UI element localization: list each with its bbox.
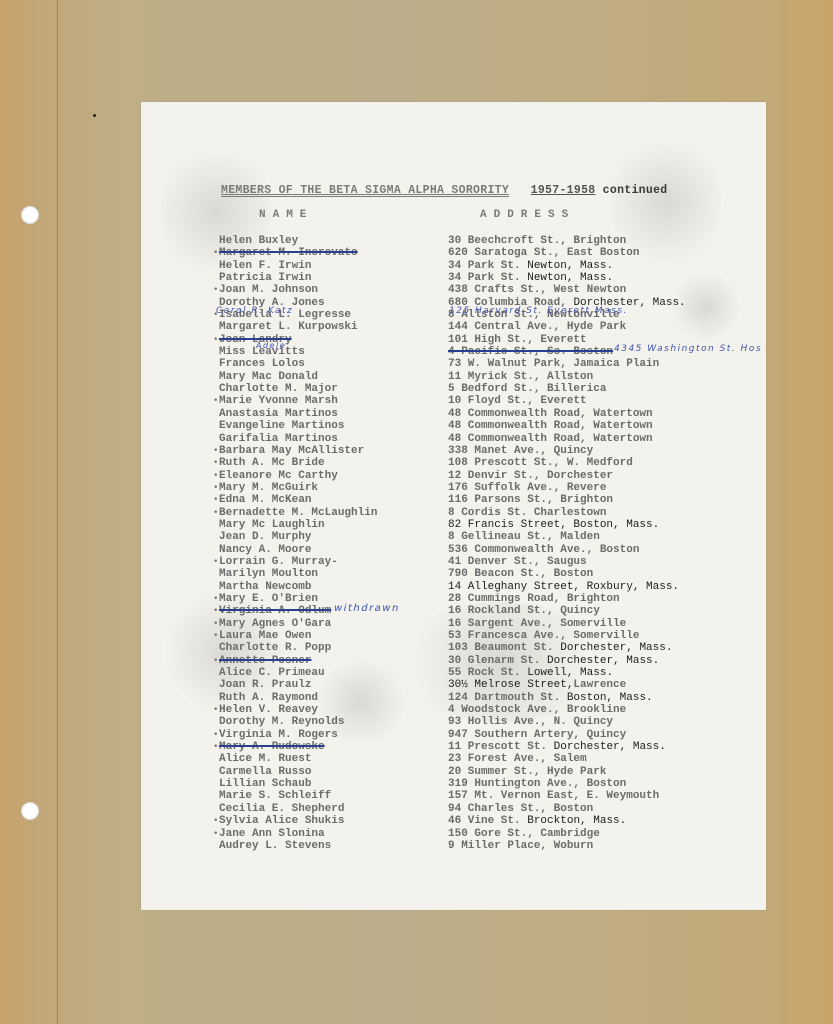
address-typed: Lawrence (573, 679, 626, 691)
member-name: Charlotte M. Major (219, 383, 439, 395)
member-name: Martha Newcomb (219, 581, 439, 593)
bullet-mark-icon: • (213, 729, 218, 741)
member-address: 30½ Melrose Street,Lawrence (448, 679, 626, 691)
bullet-mark-icon: • (213, 618, 218, 630)
address-typed: 116 Parsons St., Brighton (448, 494, 613, 506)
column-header-name: NAME (259, 209, 313, 221)
bullet-mark-icon: • (213, 828, 218, 840)
address-typed: 438 Crafts St., West Newton (448, 284, 626, 296)
bullet-mark-icon: • (213, 704, 218, 716)
handwritten-carol-katz: Carol R. Katz (216, 306, 293, 316)
member-name: Marilyn Moulton (219, 568, 439, 580)
address-typed: 157 Mt. Vernon East, E. Weymouth (448, 790, 659, 802)
bullet-mark-icon: • (213, 494, 218, 506)
member-name: Virginia A. Odlum (219, 605, 439, 617)
member-name: Anastasia Martinos (219, 408, 439, 420)
member-address: 101 High St., Everett (448, 334, 587, 346)
member-name: Barbara May McAllister (219, 445, 439, 457)
handwritten-carol-address: 125 Harvard St. Everett Mass. (449, 306, 628, 316)
member-address: 48 Commonwealth Road, Watertown (448, 408, 653, 420)
member-name: Mary Agnes O'Gara (219, 618, 439, 630)
address-typed: 46 Vine St. (448, 815, 521, 827)
bullet-mark-icon: • (213, 247, 218, 259)
typed-page: MEMBERS OF THE BETA SIGMA ALPHA SORORITY… (141, 102, 766, 910)
address-retyped: Boston, Mass. (567, 692, 653, 704)
member-address: 14 Alleghany Street, Roxbury, Mass. (448, 581, 679, 593)
member-address: 34 Park St. Newton, Mass. (448, 272, 613, 284)
member-address: 16 Rockland St., Quincy (448, 605, 600, 617)
address-typed: 108 Prescott St., W. Medford (448, 457, 633, 469)
address-typed: 55 Rock St. (448, 667, 521, 679)
address-typed: 124 Dartmouth St. (448, 692, 560, 704)
address-typed: 48 Commonwealth Road, Watertown (448, 420, 653, 432)
member-address: 48 Commonwealth Road, Watertown (448, 433, 653, 445)
member-name: Mary Mc Laughlin (219, 519, 439, 531)
address-retyped: Brockton, Mass. (527, 815, 626, 827)
member-address: 12 Denvir St., Dorchester (448, 470, 613, 482)
punch-hole-bottom (21, 802, 39, 820)
bullet-mark-icon: • (213, 445, 218, 457)
member-name: Alice M. Ruest (219, 753, 439, 765)
address-typed: 48 Commonwealth Road, Watertown (448, 408, 653, 420)
member-address: 438 Crafts St., West Newton (448, 284, 626, 296)
member-name: Audrey L. Stevens (219, 840, 439, 852)
title-years: 1957-1958 (531, 184, 596, 197)
title-continued: continued (603, 184, 668, 197)
address-typed: 16 Rockland St., Quincy (448, 605, 600, 617)
address-typed: 947 Southern Artery, Quincy (448, 729, 626, 741)
member-name: Joan M. Johnson (219, 284, 439, 296)
address-typed: 34 Park St. (448, 272, 521, 284)
bullet-mark-icon: • (213, 815, 218, 827)
member-address: 41 Denver St., Saugus (448, 556, 587, 568)
address-retyped: Dorchester, Mass. (547, 655, 659, 667)
address-typed: 53 Francesca Ave., Somerville (448, 630, 639, 642)
address-typed: 144 Central Ave., Hyde Park (448, 321, 626, 333)
address-retyped: 82 Francis Street, Boston, Mass. (448, 519, 659, 531)
address-retyped: 14 Alleghany Street, Roxbury, Mass. (448, 581, 679, 593)
member-address: 28 Cummings Road, Brighton (448, 593, 620, 605)
bullet-mark-icon: • (213, 284, 218, 296)
address-typed: 9 Miller Place, Woburn (448, 840, 593, 852)
handwritten-adele: Adele (256, 341, 286, 350)
member-address: 150 Gore St., Cambridge (448, 828, 600, 840)
address-typed: 8 Cordis St. Charlestown (448, 507, 606, 519)
member-name: Sylvia Alice Shukis (219, 815, 439, 827)
member-name: Marie Yvonne Marsh (219, 395, 439, 407)
member-name: Frances Lolos (219, 358, 439, 370)
address-typed: 73 W. Walnut Park, Jamaica Plain (448, 358, 659, 370)
bullet-mark-icon: • (213, 630, 218, 642)
bullet-mark-icon: • (213, 334, 218, 346)
member-address: 23 Forest Ave., Salem (448, 753, 587, 765)
bullet-mark-icon: • (213, 395, 218, 407)
member-address: 48 Commonwealth Road, Watertown (448, 420, 653, 432)
address-typed: 11 Myrick St., Allston (448, 371, 593, 383)
address-retyped: Dorchester, Mass. (560, 642, 672, 654)
member-address: 157 Mt. Vernon East, E. Weymouth (448, 790, 659, 802)
bullet-mark-icon: • (213, 470, 218, 482)
member-address: 124 Dartmouth St. Boston, Mass. (448, 692, 653, 704)
column-header-address: ADDRESS (480, 209, 575, 221)
member-address: 11 Myrick St., Allston (448, 371, 593, 383)
member-address: 93 Hollis Ave., N. Quincy (448, 716, 613, 728)
member-address: 30 Glenarm St. Dorchester, Mass. (448, 655, 659, 667)
bullet-mark-icon: • (213, 507, 218, 519)
bullet-mark-icon: • (213, 457, 218, 469)
handwritten-withdrawn: withdrawn (334, 603, 400, 614)
address-typed: 12 Denvir St., Dorchester (448, 470, 613, 482)
member-address: 20 Summer St., Hyde Park (448, 766, 606, 778)
member-address: 4 Woodstock Ave., Brookline (448, 704, 626, 716)
member-name: Jane Ann Slonina (219, 828, 439, 840)
member-name: Joan R. Praulz (219, 679, 439, 691)
bullet-mark-icon: • (213, 482, 218, 494)
member-address: 790 Beacon St., Boston (448, 568, 593, 580)
address-typed: 4 Woodstock Ave., Brookline (448, 704, 626, 716)
address-typed: 620 Saratoga St., East Boston (448, 247, 639, 259)
member-name: Carmella Russo (219, 766, 439, 778)
address-retyped: Lowell, Mass. (527, 667, 613, 679)
address-typed: 536 Commonwealth Ave., Boston (448, 544, 639, 556)
member-name: Virginia M. Rogers (219, 729, 439, 741)
member-address: 9 Miller Place, Woburn (448, 840, 593, 852)
member-address: 4 Pacific St., So. Boston (448, 346, 613, 358)
member-name: Evangeline Martinos (219, 420, 439, 432)
address-typed: 23 Forest Ave., Salem (448, 753, 587, 765)
speck (93, 114, 96, 117)
address-typed: 10 Floyd St., Everett (448, 395, 587, 407)
member-name: Mary Mac Donald (219, 371, 439, 383)
member-name: Ruth A. Mc Bride (219, 457, 439, 469)
bullet-mark-icon: • (213, 556, 218, 568)
member-address: 82 Francis Street, Boston, Mass. (448, 519, 659, 531)
address-typed: 790 Beacon St., Boston (448, 568, 593, 580)
member-name: Margaret M. Incrovato (219, 247, 439, 259)
member-address: 319 Huntington Ave., Boston (448, 778, 626, 790)
address-typed: 150 Gore St., Cambridge (448, 828, 600, 840)
address-typed: 41 Denver St., Saugus (448, 556, 587, 568)
member-address: 176 Suffolk Ave., Revere (448, 482, 606, 494)
member-name: Mary E. O'Brien (219, 593, 439, 605)
member-address: 30 Beechcroft St., Brighton (448, 235, 626, 247)
member-name: Garifalia Martinos (219, 433, 439, 445)
address-retyped: Dorchester, Mass. (554, 741, 666, 753)
bullet-mark-icon: • (213, 593, 218, 605)
member-name: Joan Landry (219, 334, 439, 346)
member-address: 55 Rock St. Lowell, Mass. (448, 667, 613, 679)
address-typed: 48 Commonwealth Road, Watertown (448, 433, 653, 445)
member-address: 94 Charles St., Boston (448, 803, 593, 815)
member-name: Cecilia E. Shepherd (219, 803, 439, 815)
member-name: Dorothy M. Reynolds (219, 716, 439, 728)
address-typed: 11 Prescott St. (448, 741, 547, 753)
member-name: Jean D. Murphy (219, 531, 439, 543)
member-name: Mary A. Rudowske (219, 741, 439, 753)
member-address: 620 Saratoga St., East Boston (448, 247, 639, 259)
address-typed: 94 Charles St., Boston (448, 803, 593, 815)
member-address: 11 Prescott St. Dorchester, Mass. (448, 741, 666, 753)
member-name: Edna M. McKean (219, 494, 439, 506)
member-address: 16 Sargent Ave., Somerville (448, 618, 626, 630)
member-address: 73 W. Walnut Park, Jamaica Plain (448, 358, 659, 370)
member-address: 53 Francesca Ave., Somerville (448, 630, 639, 642)
member-address: 144 Central Ave., Hyde Park (448, 321, 626, 333)
address-typed: 28 Cummings Road, Brighton (448, 593, 620, 605)
member-name: Charlotte R. Popp (219, 642, 439, 654)
member-address: 338 Manet Ave., Quincy (448, 445, 593, 457)
member-name: Alice C. Primeau (219, 667, 439, 679)
member-address: 103 Beaumont St. Dorchester, Mass. (448, 642, 672, 654)
address-typed: 4 Pacific St., So. Boston (448, 346, 613, 358)
member-name: Mary M. McGuirk (219, 482, 439, 494)
punch-hole-top (21, 206, 39, 224)
member-name: Miss Leavitts (219, 346, 439, 358)
member-address: 947 Southern Artery, Quincy (448, 729, 626, 741)
address-retyped: Newton, Mass. (527, 260, 613, 272)
member-name: Bernadette M. McLaughlin (219, 507, 439, 519)
member-name: Eleanore Mc Carthy (219, 470, 439, 482)
address-typed: 338 Manet Ave., Quincy (448, 445, 593, 457)
address-typed: 30 Glenarm St. (448, 655, 540, 667)
member-address: 34 Park St. Newton, Mass. (448, 260, 613, 272)
member-address: 8 Cordis St. Charlestown (448, 507, 606, 519)
address-typed: 20 Summer St., Hyde Park (448, 766, 606, 778)
address-typed: 34 Park St. (448, 260, 521, 272)
member-address: 108 Prescott St., W. Medford (448, 457, 633, 469)
document-title: MEMBERS OF THE BETA SIGMA ALPHA SORORITY… (221, 184, 667, 197)
member-name: Annette Posner (219, 655, 439, 667)
bullet-mark-icon: • (213, 605, 218, 617)
handwritten-washington: 4345 Washington St. Hos (614, 345, 769, 354)
address-retyped: Newton, Mass. (527, 272, 613, 284)
member-name: Marie S. Schleiff (219, 790, 439, 802)
address-typed: 30 Beechcroft St., Brighton (448, 235, 626, 247)
member-address: 8 Gellineau St., Malden (448, 531, 600, 543)
member-name: Helen Buxley (219, 235, 439, 247)
member-address: 116 Parsons St., Brighton (448, 494, 613, 506)
member-name: Lorrain G. Murray- (219, 556, 439, 568)
member-address: 536 Commonwealth Ave., Boston (448, 544, 639, 556)
address-typed: 16 Sargent Ave., Somerville (448, 618, 626, 630)
member-name: Nancy A. Moore (219, 544, 439, 556)
member-name: Ruth A. Raymond (219, 692, 439, 704)
binder-line (57, 0, 58, 1024)
address-typed: 176 Suffolk Ave., Revere (448, 482, 606, 494)
address-typed: 5 Bedford St., Billerica (448, 383, 606, 395)
address-typed: 101 High St., Everett (448, 334, 587, 346)
address-typed: 103 Beaumont St. (448, 642, 554, 654)
member-address: 5 Bedford St., Billerica (448, 383, 606, 395)
address-retyped: 30½ Melrose Street, (448, 679, 573, 691)
address-typed: 319 Huntington Ave., Boston (448, 778, 626, 790)
address-typed: 8 Gellineau St., Malden (448, 531, 600, 543)
member-name: Laura Mae Owen (219, 630, 439, 642)
member-name: Helen F. Irwin (219, 260, 439, 272)
member-name: Helen V. Reavey (219, 704, 439, 716)
bullet-mark-icon: • (213, 655, 218, 667)
title-text: MEMBERS OF THE BETA SIGMA ALPHA SORORITY (221, 184, 509, 197)
member-name: Margaret L. Kurpowski (219, 321, 439, 333)
member-name: Patricia Irwin (219, 272, 439, 284)
bullet-mark-icon: • (213, 741, 218, 753)
address-typed: 93 Hollis Ave., N. Quincy (448, 716, 613, 728)
member-address: 46 Vine St. Brockton, Mass. (448, 815, 626, 827)
member-address: 10 Floyd St., Everett (448, 395, 587, 407)
member-name: Lillian Schaub (219, 778, 439, 790)
